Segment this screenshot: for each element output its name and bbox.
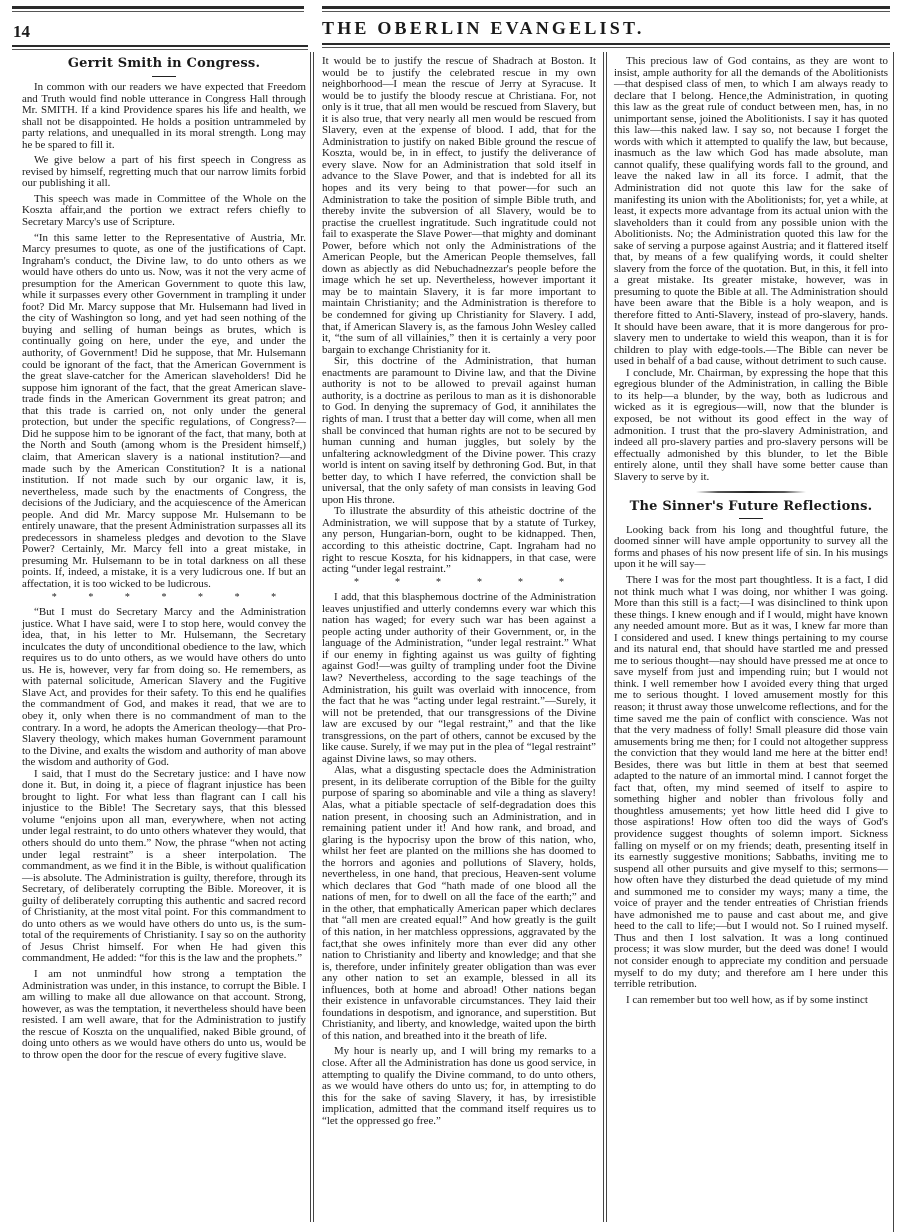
paragraph-continued: It would be to justify the rescue of Sha… [322,56,596,356]
asterisk: * [161,592,166,604]
paragraph: To illustrate the absurdity of this athe… [322,506,596,575]
asterisk: * [559,577,564,589]
asterisk: * [235,592,240,604]
asterisk: * [88,592,93,604]
paragraph: In common with our readers we have expec… [22,82,306,151]
article-title-gerrit-smith: Gerrit Smith in Congress. [22,56,306,71]
asterisk: * [436,577,441,589]
paragraph: My hour is nearly up, and I will bring m… [322,1046,596,1127]
paragraph: I said, that I must do the Secretary jus… [22,769,306,965]
top-rule-right-thin [322,11,890,12]
paragraph: Alas, what a disgusting spectacle does t… [322,765,596,1042]
paragraph: I add, that this blasphemous doctrine of… [322,592,596,765]
asterisk: * [395,577,400,589]
paragraph: There I was for the most part thoughtles… [614,575,888,991]
top-rule-right [322,6,890,9]
paragraph: I conclude, Mr. Chairman, by expressing … [614,368,888,483]
column-3: This precious law of God contains, as th… [614,56,888,1006]
asterisk: * [271,592,276,604]
asterisk: * [354,577,359,589]
left-column-header-rule-thin [12,49,308,50]
paragraph: Sir, this doctrine of the Administration… [322,356,596,506]
paragraph: We give below a part of his first speech… [22,155,306,190]
asterisk: * [52,592,57,604]
column-divider-right [893,52,894,1232]
asterisk: * [518,577,523,589]
column-divider-2 [603,52,604,1222]
column-divider-1b [313,52,314,1222]
paragraph: This speech was made in Committee of the… [22,194,306,229]
asterisk: * [477,577,482,589]
paragraph: Looking back from his long and thoughtfu… [614,525,888,571]
paragraph: I am not unmindful how strong a temptati… [22,969,306,1061]
asterism-divider: * * * * * * * [22,592,306,604]
title-underline [152,76,176,77]
asterisk: * [125,592,130,604]
asterisk: * [198,592,203,604]
column-1: In common with our readers we have expec… [22,82,306,1061]
article-heading-block: Gerrit Smith in Congress. [22,56,306,77]
asterism-divider: * * * * * * [322,577,596,589]
top-rule-left-thin [12,11,304,12]
masthead-underline [322,43,890,45]
paragraph: “But I must do Secretary Marcy and the A… [22,607,306,769]
column-divider-2b [606,52,607,1222]
masthead-underline-thin [322,47,890,48]
masthead-title: THE OBERLIN EVANGELIST. [322,18,645,39]
paragraph: I can remember but too well how, as if b… [614,995,888,1007]
top-rule-left [12,6,304,9]
section-divider-ornament [696,491,806,493]
page-number: 14 [13,22,30,42]
title-underline [739,518,763,519]
article-title-sinners-reflections: The Sinner's Future Reflections. [614,501,888,513]
left-column-header-rule [12,45,308,47]
column-2: It would be to justify the rescue of Sha… [322,56,596,1127]
paragraph: “In this same letter to the Representati… [22,233,306,591]
column-divider-1 [310,52,311,1222]
paragraph: This precious law of God contains, as th… [614,56,888,368]
